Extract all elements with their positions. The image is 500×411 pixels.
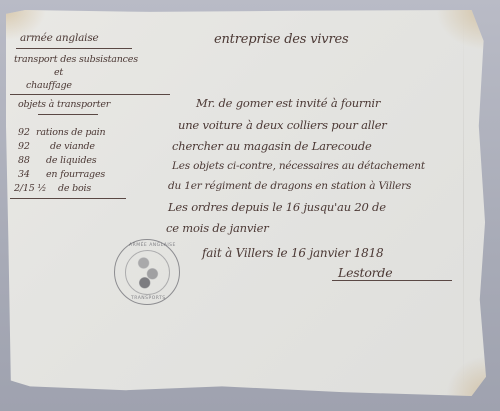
divider-line bbox=[10, 94, 170, 95]
item-description: de liquides bbox=[46, 155, 96, 166]
signature-underline bbox=[332, 280, 452, 281]
body-line: Les ordres depuis le 16 jusqu'au 20 de bbox=[168, 200, 386, 214]
body-line: une voiture à deux colliers pour aller bbox=[178, 118, 387, 132]
body-line: ce mois de janvier bbox=[166, 221, 269, 235]
ink-seal-stamp: ARMÉE ANGLAISE TRANSPORTS bbox=[114, 239, 180, 305]
dateline: fait à Villers le 16 janvier 1818 bbox=[202, 246, 383, 260]
manifest-heading-conjunction: et bbox=[54, 67, 63, 78]
document-sheet: armée anglaise transport des subsistance… bbox=[6, 10, 486, 396]
body-line: du 1er régiment de dragons en station à … bbox=[168, 180, 411, 192]
divider-line bbox=[16, 48, 132, 49]
item-quantity: 2/15 ½ bbox=[14, 183, 46, 194]
item-description: rations de pain bbox=[36, 127, 105, 138]
manifest-heading-objects: objets à transporter bbox=[18, 99, 110, 110]
item-description: en fourrages bbox=[46, 169, 105, 180]
manifest-heading-heating: chauffage bbox=[26, 80, 72, 91]
item-quantity: 34 bbox=[18, 169, 30, 180]
item-description: de viande bbox=[50, 141, 95, 152]
manifest-heading-army: armée anglaise bbox=[20, 32, 99, 44]
item-quantity: 92 bbox=[18, 141, 30, 152]
coat-of-arms-icon bbox=[137, 254, 159, 290]
seal-outer-text: ARMÉE ANGLAISE bbox=[129, 243, 176, 248]
signature: Lestorde bbox=[338, 265, 392, 280]
paper-fold bbox=[463, 10, 464, 396]
item-description: de bois bbox=[58, 183, 91, 194]
divider-line bbox=[38, 114, 98, 115]
seal-lower-text: TRANSPORTS bbox=[131, 296, 166, 301]
manifest-heading-transport: transport des subsistances bbox=[14, 54, 138, 65]
item-quantity: 92 bbox=[18, 127, 30, 138]
document-title: entreprise des vivres bbox=[214, 32, 348, 47]
item-quantity: 88 bbox=[18, 155, 30, 166]
divider-line bbox=[10, 198, 126, 199]
body-line: chercher au magasin de Larecoude bbox=[172, 139, 372, 153]
body-line: Les objets ci-contre, nécessaires au dét… bbox=[172, 160, 425, 172]
body-line: Mr. de gomer est invité à fournir bbox=[196, 96, 380, 110]
